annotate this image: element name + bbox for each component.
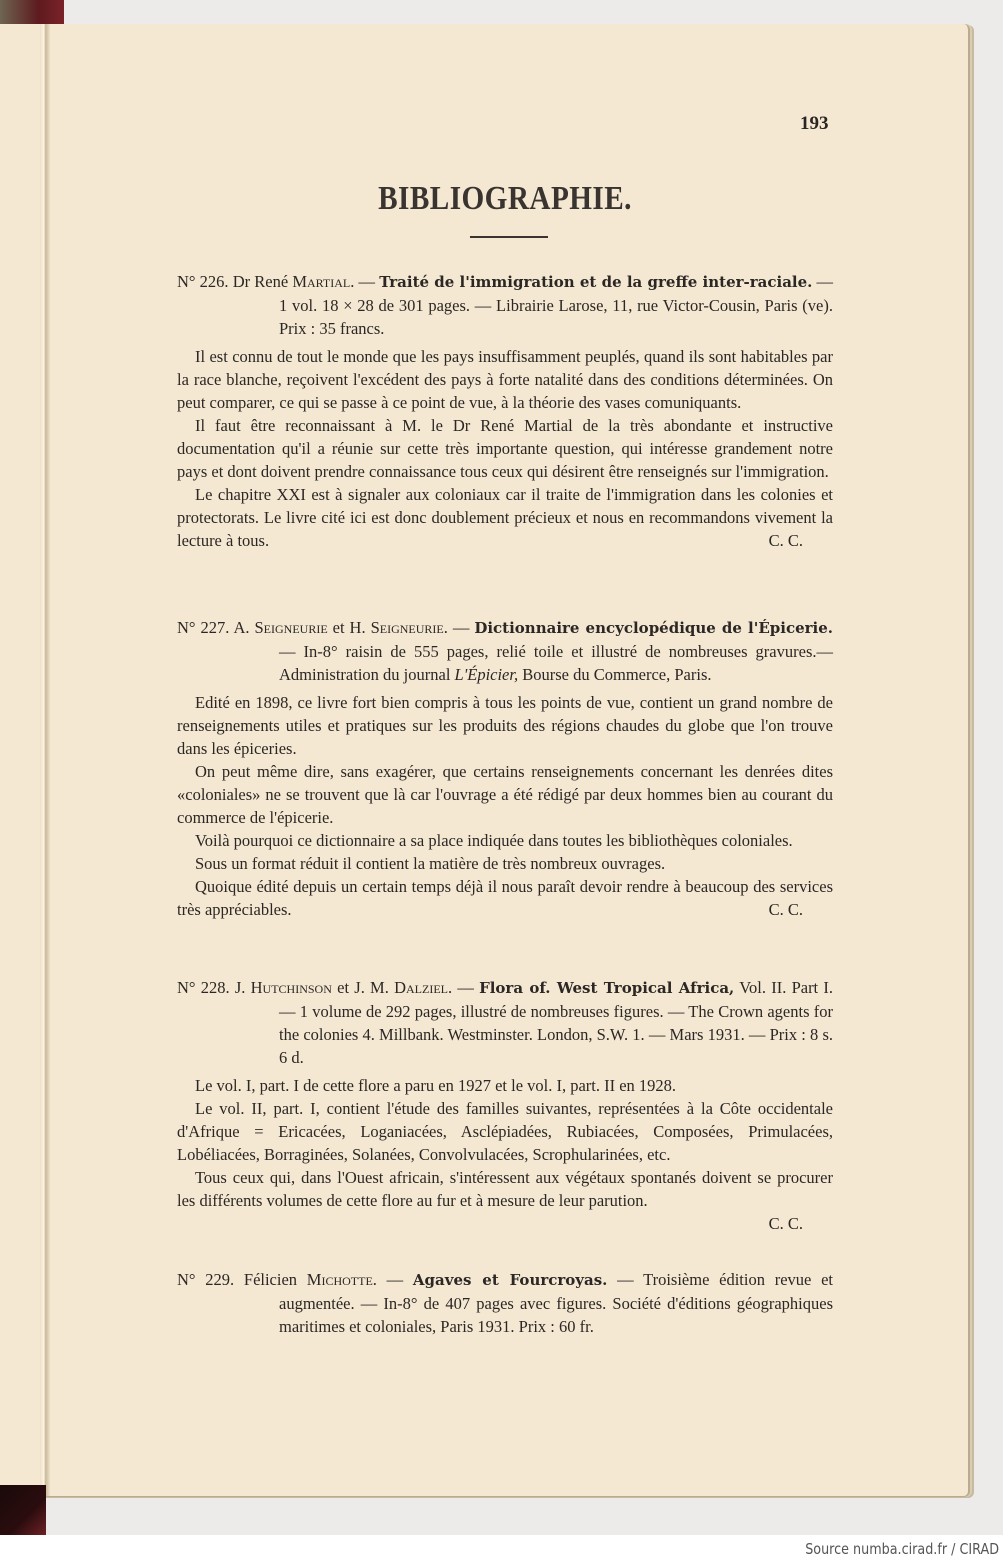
entry-header: N° 228. J. Hutchinson et J. M. Dalziel. … — [177, 976, 833, 1069]
review-paragraph: Tous ceux qui, dans l'Ouest africain, s'… — [177, 1166, 833, 1212]
entry-header: N° 227. A. Seigneurie et H. Seigneurie. … — [177, 616, 833, 686]
review-paragraph: On peut même dire, sans exagérer, que ce… — [177, 760, 833, 829]
entry-227: N° 227. A. Seigneurie et H. Seigneurie. … — [177, 616, 833, 921]
entry-number: N° 229. — [177, 1270, 234, 1289]
page-number: 193 — [800, 113, 829, 135]
entry-header: N° 226. Dr René Martial. — Traité de l'i… — [177, 270, 833, 340]
review-paragraph: Voilà pourquoi ce dictionnaire a sa plac… — [177, 829, 833, 852]
review-paragraph: Le vol. II, part. I, contient l'étude de… — [177, 1097, 833, 1166]
author-prefix: Dr René — [233, 272, 288, 291]
review-paragraph: Sous un format réduit il contient la mat… — [177, 852, 833, 875]
entry-number: N° 226. — [177, 272, 229, 291]
scan-background: 193 BIBLIOGRAPHIE. N° 226. Dr René Marti… — [0, 0, 1003, 1535]
entry-229: N° 229. Félicien Michotte. — Agaves et F… — [177, 1268, 833, 1338]
entry-number: N° 228. — [177, 978, 230, 997]
author-name: Seigneurie — [254, 618, 327, 637]
author-prefix: A. — [233, 618, 249, 637]
review-paragraph: Le vol. I, part. I de cette flore a paru… — [177, 1074, 833, 1097]
book-title: Traité de l'immigration et de la greffe … — [379, 273, 812, 291]
review-paragraph: Quoique édité depuis un certain temps dé… — [177, 875, 833, 921]
entry-228: N° 228. J. Hutchinson et J. M. Dalziel. … — [177, 976, 833, 1235]
review-paragraph: Edité en 1898, ce livre fort bien compri… — [177, 691, 833, 760]
book-title: Dictionnaire encyclopédique de l'Épiceri… — [474, 619, 833, 637]
reviewer-signature: C. C. — [177, 1212, 833, 1235]
entry-number: N° 227. — [177, 618, 229, 637]
author-prefix: Félicien — [244, 1270, 297, 1289]
author-name-2: Seigneurie. — [371, 618, 448, 637]
book-title: Flora of. West Tropical Africa, — [479, 979, 734, 997]
review-paragraph: Le chapitre XXI est à signaler aux colon… — [177, 483, 833, 552]
book-binding-bottom — [0, 1485, 46, 1535]
page-gutter — [40, 24, 50, 1496]
journal-name: L'Épicier, — [455, 665, 519, 684]
entry-header: N° 229. Félicien Michotte. — Agaves et F… — [177, 1268, 833, 1338]
author-name-2: Dalziel. — [394, 978, 452, 997]
title-rule — [470, 236, 548, 238]
reviewer-signature: C. C. — [751, 898, 803, 921]
book-binding-top — [0, 0, 64, 24]
review-paragraph: Il faut être reconnaissant à M. le Dr Re… — [177, 414, 833, 483]
entry-226: N° 226. Dr René Martial. — Traité de l'i… — [177, 270, 833, 552]
review-paragraph: Il est connu de tout le monde que les pa… — [177, 345, 833, 414]
book-title: Agaves et Fourcroyas. — [413, 1271, 608, 1289]
reviewer-signature: C. C. — [751, 529, 803, 552]
author-name: Martial. — [292, 272, 354, 291]
author-name: Hutchinson — [251, 978, 332, 997]
author-name: Michotte. — [307, 1270, 377, 1289]
author-prefix: J. — [235, 978, 246, 997]
page-title: BIBLIOGRAPHIE. — [71, 180, 940, 218]
source-caption: Source numba.cirad.fr / CIRAD — [805, 1540, 999, 1558]
